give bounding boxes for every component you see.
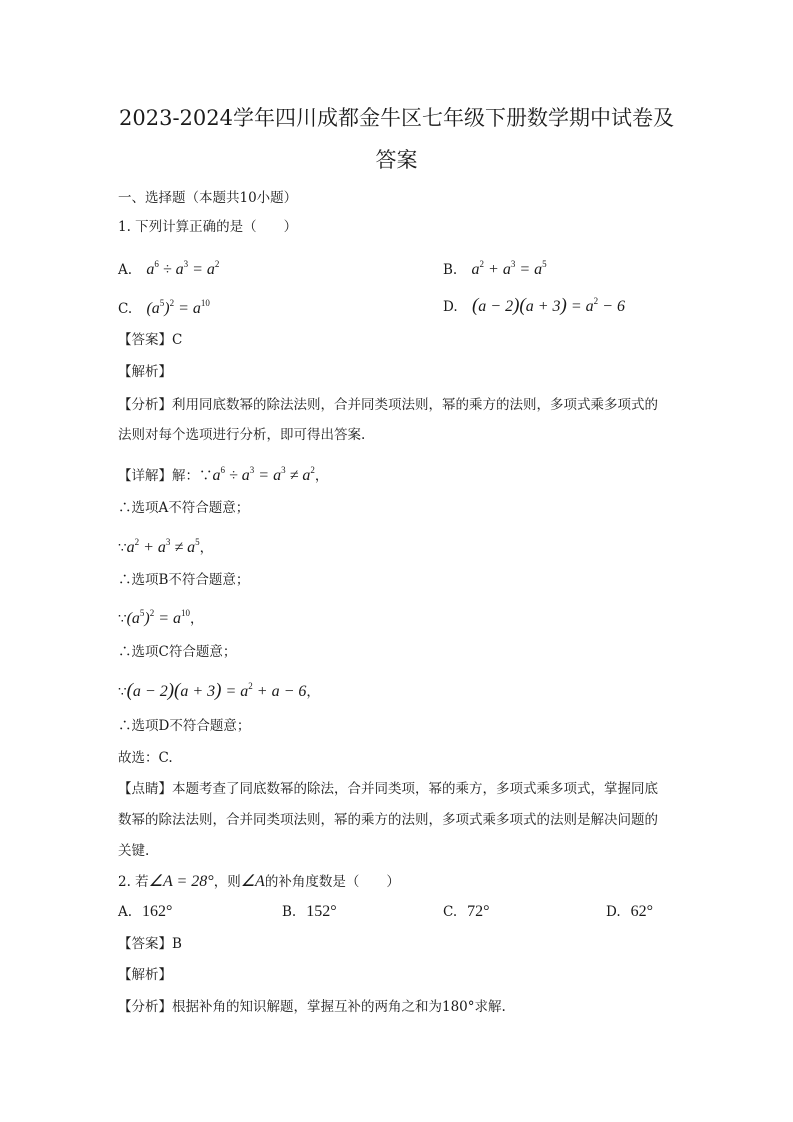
q2-jiexi-heading: 【解析】 — [118, 965, 172, 985]
q1-fenxi-cont: 法则对每个选项进行分析，即可得出答案. — [118, 425, 365, 445]
q2-fenxi: 【分析】根据补角的知识解题，掌握互补的两角之和为180°求解. — [118, 997, 506, 1017]
q2-option-a: A.162° — [118, 901, 172, 923]
q1-option-c: C. (a5)2 = a10 — [118, 292, 210, 320]
q1-jiexi-heading: 【解析】 — [118, 362, 172, 382]
q2-option-b: B.152° — [282, 901, 337, 923]
q1-dianjing-cont: 数幂的除法法则，合并同类项法则，幂的乘方的法则，多项式乘多项式的法则是解决问题的 — [118, 810, 658, 830]
q1-step-d: ∵(a − 2)(a + 3) = a2 + a − 6， — [118, 676, 320, 702]
q1-step-conclusion-d: ∴选项D不符合题意； — [118, 716, 250, 736]
q2-answer: 【答案】B — [118, 934, 182, 954]
q2-option-c: C.72° — [443, 901, 490, 923]
q1-option-a: A. a6 ÷ a3 = a2 — [118, 253, 219, 281]
document-title-cont: 答案 — [0, 145, 793, 175]
q1-answer: 【答案】C — [118, 330, 182, 350]
document-title: 2023-2024学年四川成都金牛区七年级下册数学期中试卷及 — [0, 103, 793, 133]
q1-fenxi: 【分析】利用同底数幂的除法法则，合并同类项法则，幂的乘方的法则，多项式乘多项式的 — [118, 395, 658, 415]
q1-step-conclusion-c: ∴选项C符合题意； — [118, 642, 236, 662]
q1-xiangjie: 【详解】解：∵a6 ÷ a3 = a3 ≠ a2， — [118, 460, 328, 486]
q1-option-b: B. a2 + a3 = a5 — [443, 253, 547, 281]
q1-step-conclusion-a: ∴选项A不符合题意； — [118, 498, 249, 518]
q1-step-b: ∵a2 + a3 ≠ a5， — [118, 532, 213, 558]
q1-stem: 1. 下列计算正确的是（ ） — [118, 217, 297, 237]
q2-stem: 2. 若∠A = 28°，则∠A的补角度数是（ ） — [118, 872, 400, 892]
q1-final-choice: 故选：C. — [118, 748, 173, 768]
section-heading: 一、选择题（本题共10小题） — [118, 188, 297, 208]
q1-dianjing-end: 关键. — [118, 841, 149, 861]
q1-step-conclusion-b: ∴选项B不符合题意； — [118, 570, 249, 590]
q1-step-c: ∵(a5)2 = a10， — [118, 603, 204, 629]
q2-option-d: D.62° — [606, 901, 653, 923]
q1-dianjing: 【点睛】本题考查了同底数幂的除法，合并同类项，幂的乘方，多项式乘多项式，掌握同底 — [118, 779, 658, 799]
q1-option-d: D. (a − 2)(a + 3) = a2 − 6 — [443, 290, 625, 318]
